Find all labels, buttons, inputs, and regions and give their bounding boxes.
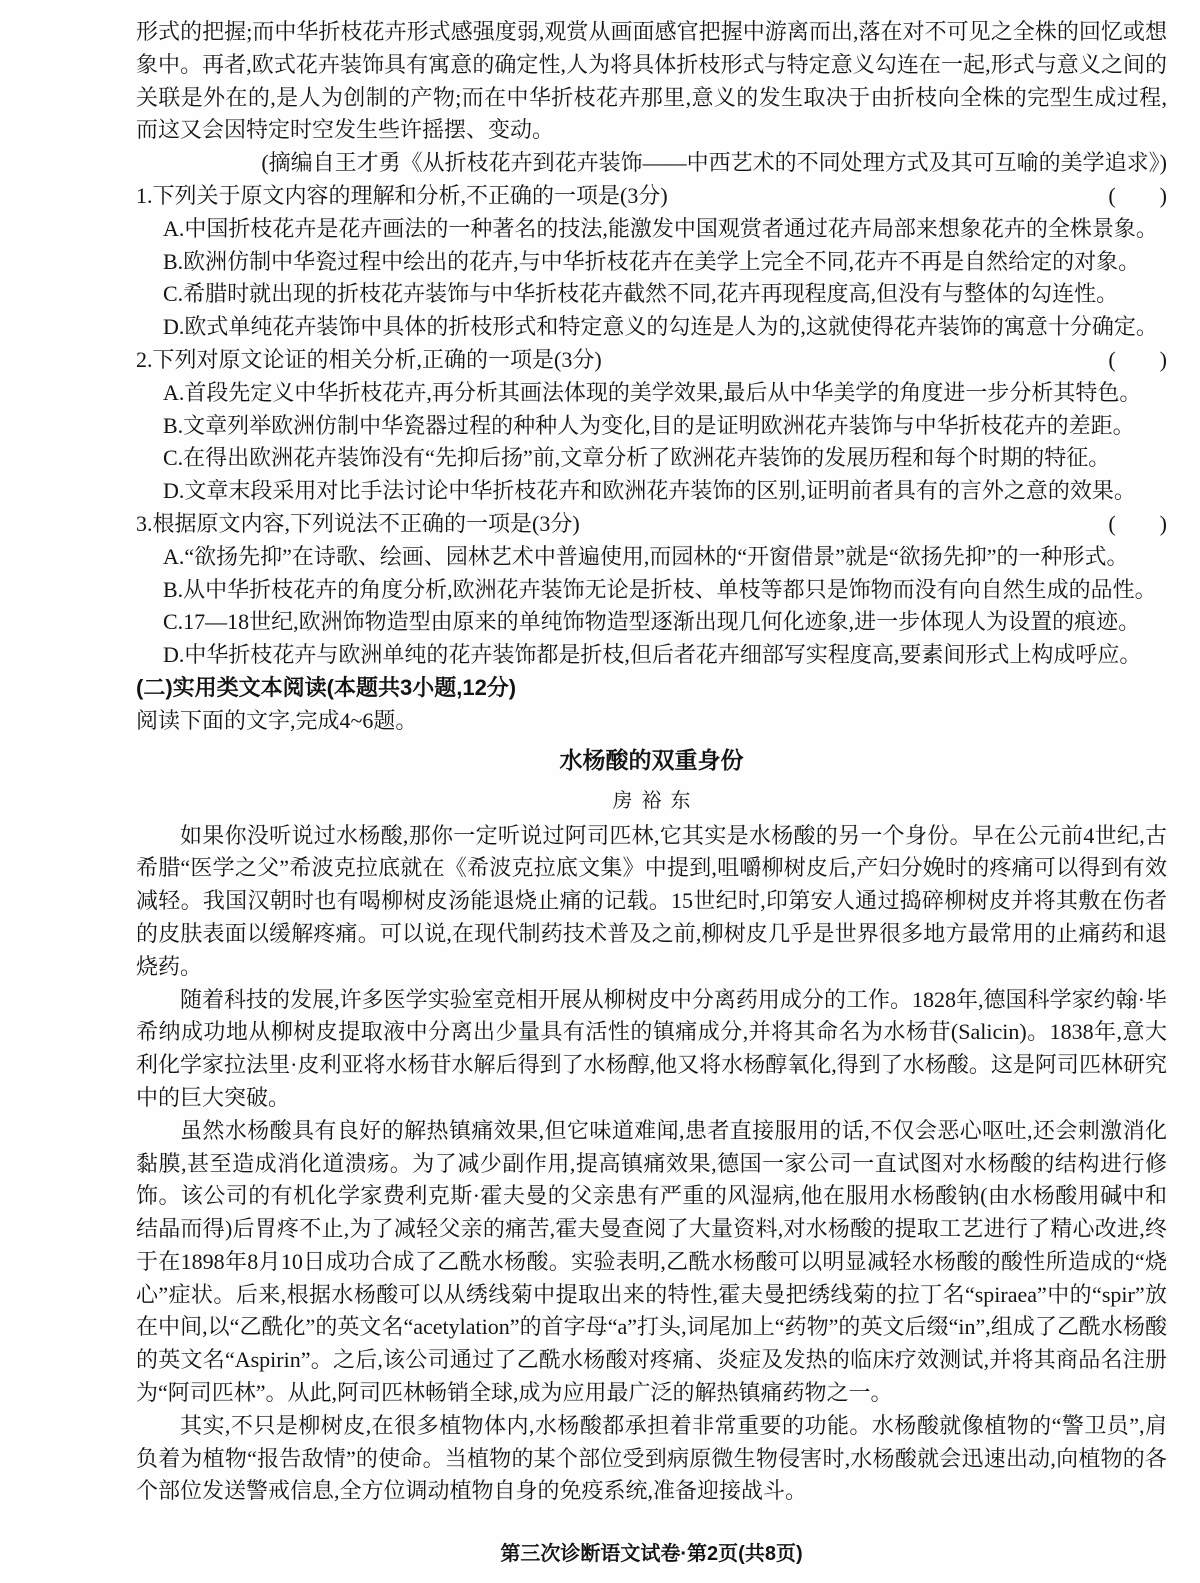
article-paragraph: 如果你没听说过水杨酸,那你一定听说过阿司匹林,它其实是水杨酸的另一个身份。早在公… (136, 820, 1167, 984)
question-stem: 2.下列对原文论证的相关分析,正确的一项是(3分) (136, 344, 602, 377)
article-title: 水杨酸的双重身份 (136, 738, 1167, 782)
question-block: 3.根据原文内容,下列说法不正确的一项是(3分)( )A.“欲扬先抑”在诗歌、绘… (136, 508, 1167, 672)
question-stem: 1.下列关于原文内容的理解和分析,不正确的一项是(3分) (136, 180, 668, 213)
exam-page: 形式的把握;而中华折枝花卉形式感强度弱,观赏从画面感官把握中游离而出,落在对不可… (0, 0, 1200, 1583)
answer-bracket: ( ) (1108, 344, 1167, 377)
reading-instruction: 阅读下面的文字,完成4~6题。 (136, 705, 1167, 738)
question-option: C.17—18世纪,欧洲饰物造型由原来的单纯饰物造型逐渐出现几何化迹象,进一步体… (136, 606, 1167, 639)
question-block: 2.下列对原文论证的相关分析,正确的一项是(3分)( )A.首段先定义中华折枝花… (136, 344, 1167, 508)
question-option: A.首段先定义中华折枝花卉,再分析其画法体现的美学效果,最后从中华美学的角度进一… (136, 377, 1167, 410)
article-paragraph: 其实,不只是柳树皮,在很多植物体内,水杨酸都承担着非常重要的功能。水杨酸就像植物… (136, 1410, 1167, 1508)
question-stem: 3.根据原文内容,下列说法不正确的一项是(3分) (136, 508, 580, 541)
question-stem-row: 3.根据原文内容,下列说法不正确的一项是(3分)( ) (136, 508, 1167, 541)
question-option: B.欧洲仿制中华瓷过程中绘出的花卉,与中华折枝花卉在美学上完全不同,花卉不再是自… (136, 246, 1167, 279)
question-option: C.在得出欧洲花卉装饰没有“先抑后扬”前,文章分析了欧洲花卉装饰的发展历程和每个… (136, 442, 1167, 475)
question-option: A.“欲扬先抑”在诗歌、绘画、园林艺术中普遍使用,而园林的“开窗借景”就是“欲扬… (136, 541, 1167, 574)
article-author: 房裕东 (136, 782, 1167, 820)
multiple-choice-questions: 1.下列关于原文内容的理解和分析,不正确的一项是(3分)( )A.中国折枝花卉是… (136, 180, 1167, 672)
answer-bracket: ( ) (1108, 508, 1167, 541)
page-footer: 第三次诊断语文试卷·第2页(共8页) (136, 1539, 1167, 1569)
question-option: B.从中华折枝花卉的角度分析,欧洲花卉装饰无论是折枝、单枝等都只是饰物而没有向自… (136, 574, 1167, 607)
question-option: C.希腊时就出现的折枝花卉装饰与中华折枝花卉截然不同,花卉再现程度高,但没有与整… (136, 278, 1167, 311)
section-heading: (二)实用类文本阅读(本题共3小题,12分) (136, 672, 1167, 705)
question-option: A.中国折枝花卉是花卉画法的一种著名的技法,能激发中国观赏者通过花卉局部来想象花… (136, 213, 1167, 246)
question-option: D.文章末段采用对比手法讨论中华折枝花卉和欧洲花卉装饰的区别,证明前者具有的言外… (136, 475, 1167, 508)
question-option: D.中华折枝花卉与欧洲单纯的花卉装饰都是折枝,但后者花卉细部写实程度高,要素间形… (136, 639, 1167, 672)
attribution-line: (摘编自王才勇《从折枝花卉到花卉装饰——中西艺术的不同处理方式及其可互喻的美学追… (136, 147, 1167, 180)
continuation-paragraph: 形式的把握;而中华折枝花卉形式感强度弱,观赏从画面感官把握中游离而出,落在对不可… (136, 16, 1167, 147)
article-body: 如果你没听说过水杨酸,那你一定听说过阿司匹林,它其实是水杨酸的另一个身份。早在公… (136, 820, 1167, 1509)
question-block: 1.下列关于原文内容的理解和分析,不正确的一项是(3分)( )A.中国折枝花卉是… (136, 180, 1167, 344)
question-option: D.欧式单纯花卉装饰中具体的折枝形式和特定意义的勾连是人为的,这就使得花卉装饰的… (136, 311, 1167, 344)
question-stem-row: 1.下列关于原文内容的理解和分析,不正确的一项是(3分)( ) (136, 180, 1167, 213)
answer-bracket: ( ) (1108, 180, 1167, 213)
question-option: B.文章列举欧洲仿制中华瓷器过程的种种人为变化,目的是证明欧洲花卉装饰与中华折枝… (136, 410, 1167, 443)
question-stem-row: 2.下列对原文论证的相关分析,正确的一项是(3分)( ) (136, 344, 1167, 377)
article-paragraph: 随着科技的发展,许多医学实验室竞相开展从柳树皮中分离药用成分的工作。1828年,… (136, 984, 1167, 1115)
article-paragraph: 虽然水杨酸具有良好的解热镇痛效果,但它味道难闻,患者直接服用的话,不仅会恶心呕吐… (136, 1115, 1167, 1410)
